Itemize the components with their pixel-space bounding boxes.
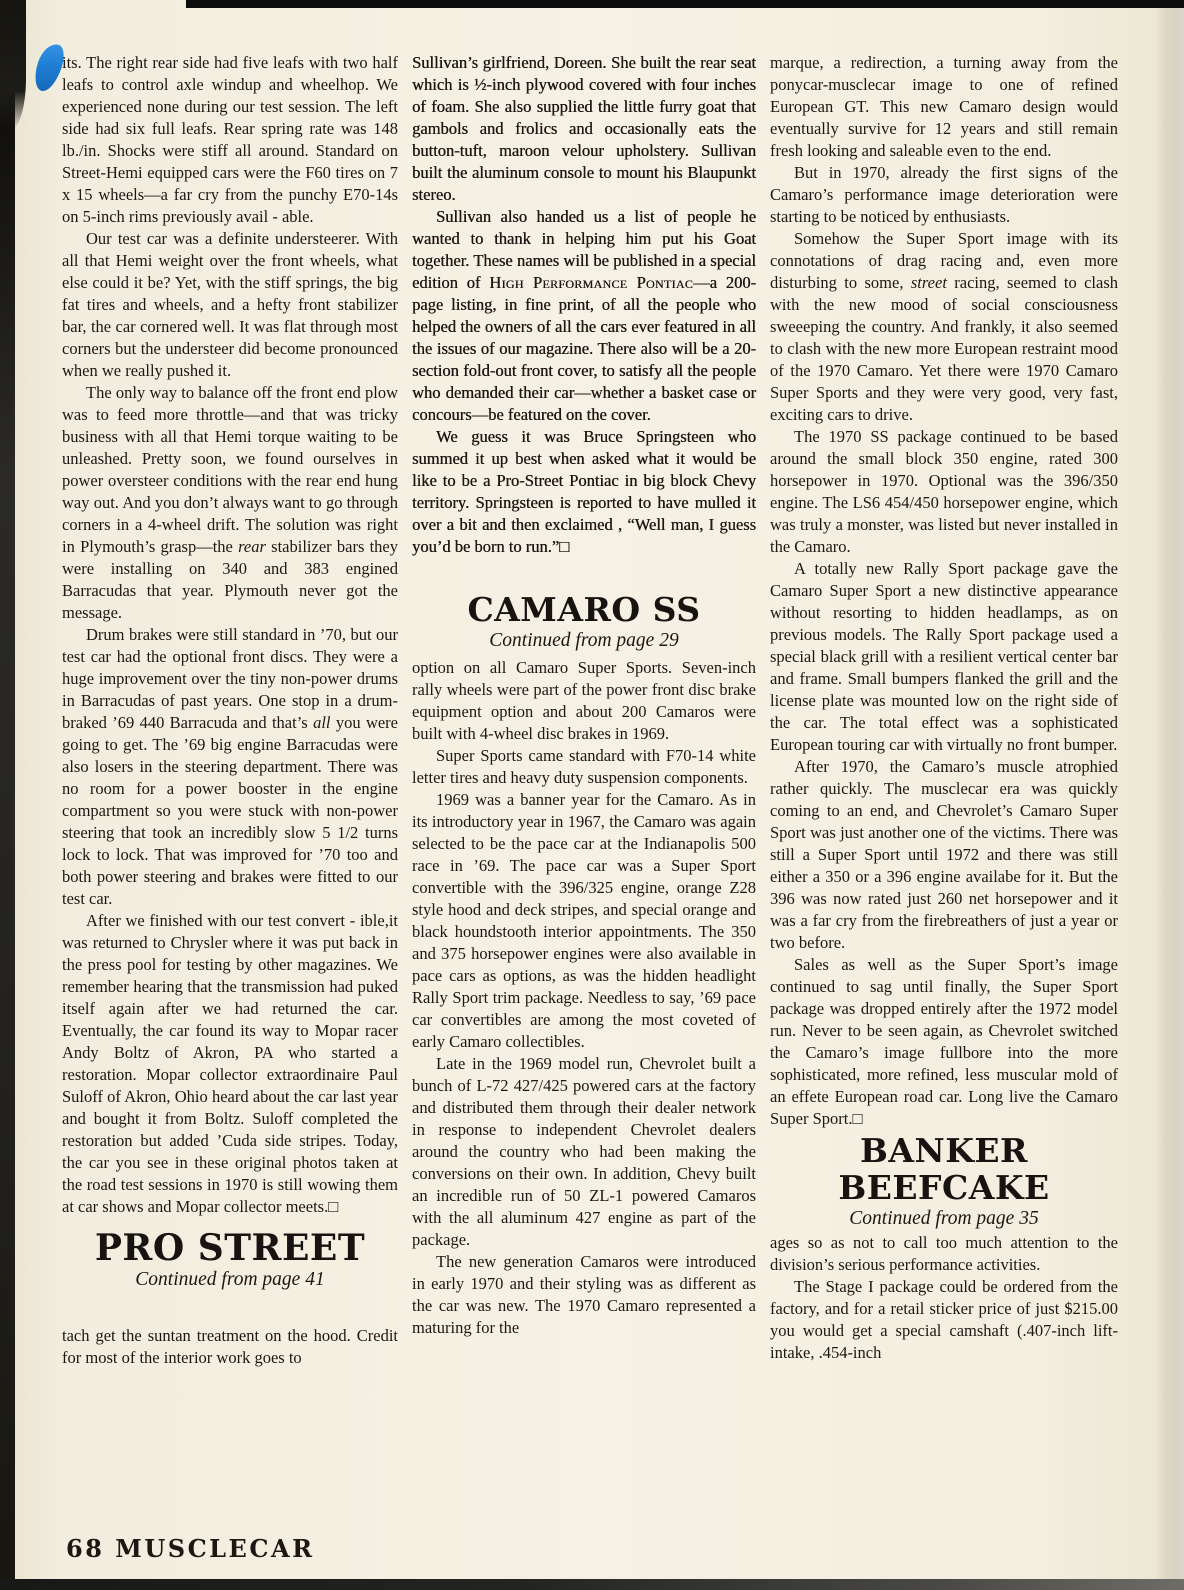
section-title: PRO STREET bbox=[62, 1228, 398, 1268]
magazine-page: its. The right rear side had five leafs … bbox=[0, 0, 1184, 1590]
text-column-3: marque, a redirection, a turning away fr… bbox=[770, 52, 1118, 1364]
text-column-2: Sullivan’s girlfriend, Doreen. She built… bbox=[412, 52, 756, 1339]
section-subtitle: Continued from page 35 bbox=[770, 1207, 1118, 1231]
paragraph: We guess it was Bruce Springsteen who su… bbox=[412, 426, 756, 558]
page-number: 68 MUSCLECAR bbox=[66, 1534, 315, 1563]
paragraph: 1969 was a banner year for the Camaro. A… bbox=[412, 789, 756, 1053]
section-title: CAMARO SS bbox=[412, 592, 756, 629]
paragraph: But in 1970, already the first signs of … bbox=[770, 162, 1118, 228]
paragraph: The 1970 SS package continued to be base… bbox=[770, 426, 1118, 558]
section-heading-banker-beefcake: BANKER BEEFCAKEContinued from page 35 bbox=[770, 1133, 1118, 1231]
paragraph: The only way to balance off the front en… bbox=[62, 382, 398, 624]
paragraph: marque, a redirection, a turning away fr… bbox=[770, 52, 1118, 162]
paragraph: option on all Camaro Super Sports. Seven… bbox=[412, 657, 756, 745]
text-column-1: its. The right rear side had five leafs … bbox=[62, 52, 398, 1369]
paragraph: After 1970, the Camaro’s muscle atrophie… bbox=[770, 756, 1118, 954]
section-subtitle: Continued from page 29 bbox=[412, 629, 756, 653]
scan-edge-top bbox=[186, 0, 1184, 8]
paragraph: its. The right rear side had five leafs … bbox=[62, 52, 398, 228]
paragraph: tach get the suntan treatment on the hoo… bbox=[62, 1325, 398, 1369]
paragraph: Somehow the Super Sport image with its c… bbox=[770, 228, 1118, 426]
scan-edge-right bbox=[1156, 8, 1184, 1590]
paragraph: Late in the 1969 model run, Chevrolet bu… bbox=[412, 1053, 756, 1251]
paragraph: Sales as well as the Super Sport’s image… bbox=[770, 954, 1118, 1130]
scan-edge-left-top bbox=[0, 0, 26, 130]
paragraph: Sullivan’s girlfriend, Doreen. She built… bbox=[412, 52, 756, 206]
section-heading-camaro-ss: CAMARO SSContinued from page 29 bbox=[412, 592, 756, 653]
paragraph: The Stage I package could be ordered fro… bbox=[770, 1276, 1118, 1364]
scan-edge-left bbox=[0, 0, 15, 1590]
paragraph: Our test car was a definite understeerer… bbox=[62, 228, 398, 382]
section-heading-pro-street: PRO STREETContinued from page 41 bbox=[62, 1228, 398, 1293]
paragraph: Super Sports came standard with F70-14 w… bbox=[412, 745, 756, 789]
paragraph: After we finished with our test convert … bbox=[62, 910, 398, 1218]
scan-edge-bottom bbox=[0, 1579, 1184, 1590]
paragraph: A totally new Rally Sport package gave t… bbox=[770, 558, 1118, 756]
paragraph: Sullivan also handed us a list of people… bbox=[412, 206, 756, 426]
section-title: BANKER BEEFCAKE bbox=[770, 1133, 1118, 1207]
paragraph: ages so as not to call too much attentio… bbox=[770, 1232, 1118, 1276]
section-subtitle: Continued from page 41 bbox=[62, 1268, 398, 1292]
paragraph: The new generation Camaros were introduc… bbox=[412, 1251, 756, 1339]
paragraph: Drum brakes were still standard in ’70, … bbox=[62, 624, 398, 910]
